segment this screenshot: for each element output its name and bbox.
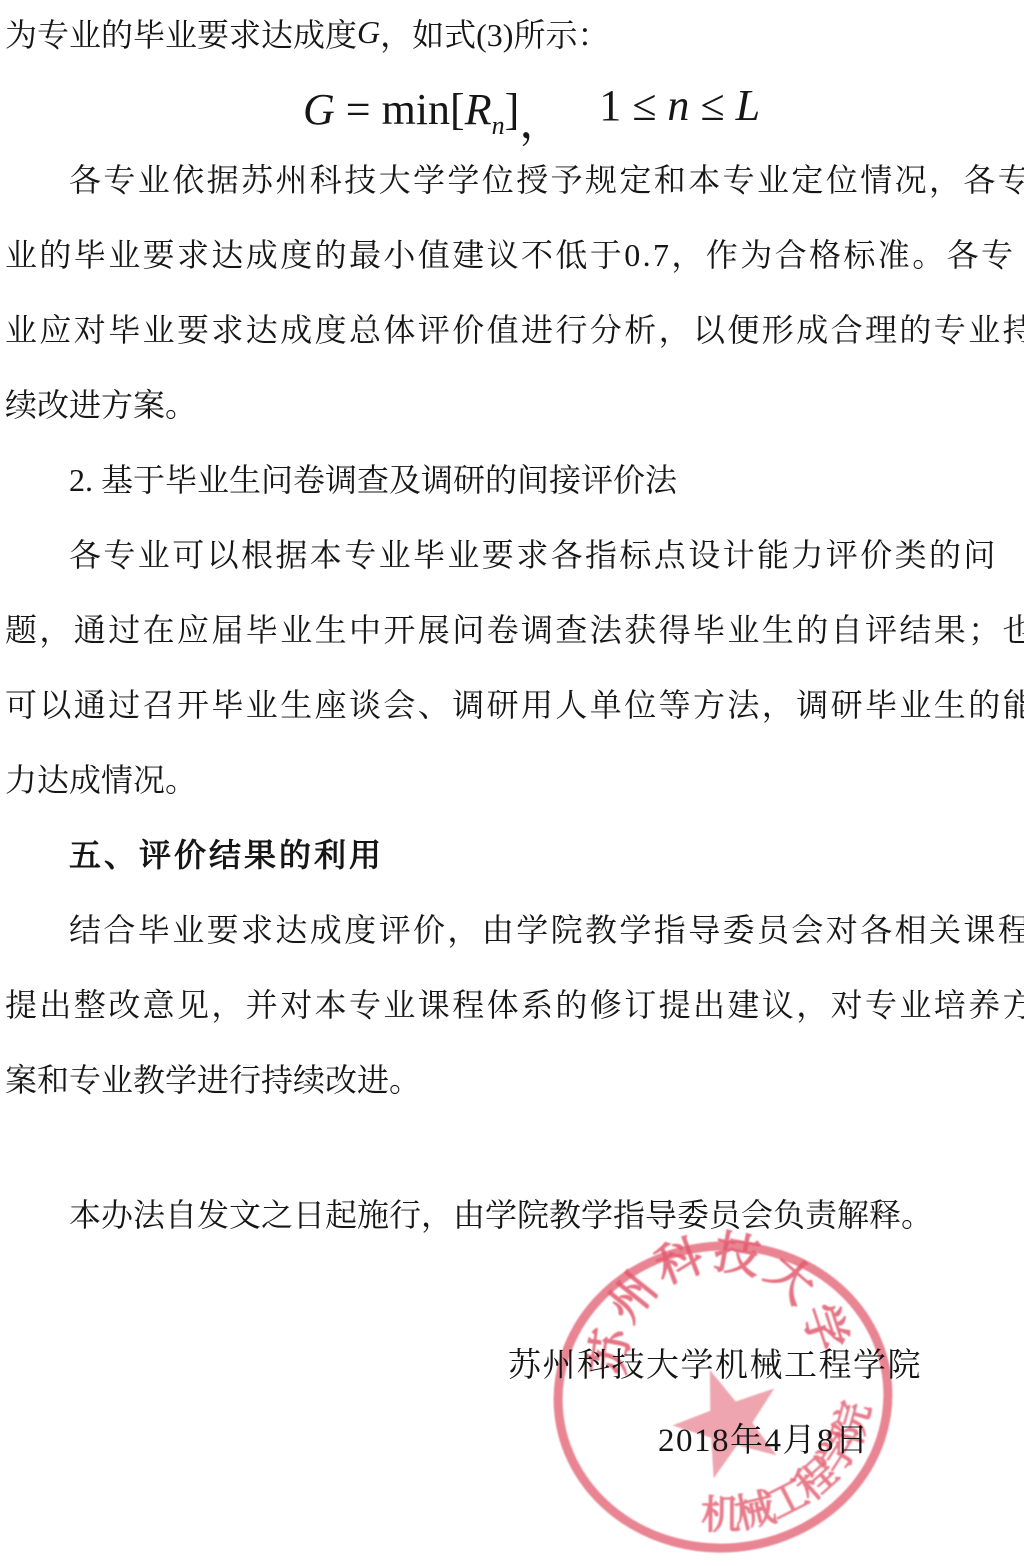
- text-line: 题，通过在应届毕业生中开展问卷调查法获得毕业生的自评结果；也: [5, 590, 1019, 665]
- text-line: 结合毕业要求达成度评价，由学院教学指导委员会对各相关课程: [5, 890, 1019, 965]
- text-line: 提出整改意见，并对本专业课程体系的修订提出建议，对专业培养方: [5, 965, 1019, 1040]
- text-line: 力达成情况。: [5, 740, 1019, 815]
- formula-comma: ，: [519, 86, 563, 150]
- line-text: ，如式(3)所示：: [380, 10, 609, 56]
- formula-main: G = min[Rn]，: [303, 73, 563, 137]
- math-variable: n: [667, 81, 689, 130]
- math-variable: L: [736, 81, 760, 130]
- text-line: 业的毕业要求达成度的最小值建议不低于0.7，作为合格标准。各专: [5, 215, 1019, 290]
- math-variable: R: [465, 85, 492, 134]
- date-line: 2018年4月8日: [5, 1400, 1019, 1475]
- line-text: 为专业的毕业要求达成度: [5, 10, 357, 56]
- text-line: 为专业的毕业要求达成度G，如式(3)所示：: [5, 0, 1019, 70]
- formula: G = min[Rn]，1 ≤ n ≤ L: [5, 70, 1019, 140]
- document-text-column: 为专业的毕业要求达成度G，如式(3)所示： G = min[Rn]，1 ≤ n …: [0, 0, 1024, 1475]
- formula-text: ≤: [689, 81, 735, 130]
- text-line: 业应对毕业要求达成度总体评价值进行分析，以便形成合理的专业持: [5, 290, 1019, 365]
- list-item-heading: 2. 基于毕业生问卷调查及调研的间接评价法: [5, 440, 1019, 515]
- math-variable: G: [303, 85, 335, 134]
- vertical-spacer: [5, 1115, 1019, 1175]
- section-heading: 五、评价结果的利用: [5, 815, 1019, 890]
- document-page: 苏州科技大学 机械工程学院 为专业的毕业要求达成度G，如式(3)所示： G = …: [0, 0, 1024, 1566]
- formula-condition: 1 ≤ n ≤ L: [599, 80, 760, 131]
- text-line: 各专业依据苏州科技大学学位授予规定和本专业定位情况，各专: [5, 140, 1019, 215]
- text-line: 各专业可以根据本专业毕业要求各指标点设计能力评价类的问: [5, 515, 1019, 590]
- math-variable: G: [357, 14, 380, 51]
- formula-text: = min[: [335, 85, 465, 134]
- vertical-spacer: [5, 1250, 1019, 1325]
- text-line: 案和专业教学进行持续改进。: [5, 1040, 1019, 1115]
- text-line: 可以通过召开毕业生座谈会、调研用人单位等方法，调研毕业生的能: [5, 665, 1019, 740]
- closing-line: 本办法自发文之日起施行，由学院教学指导委员会负责解释。: [5, 1175, 1019, 1250]
- formula-text: 1 ≤: [599, 81, 667, 130]
- text-line: 续改进方案。: [5, 365, 1019, 440]
- math-subscript: n: [492, 111, 505, 140]
- signature-line: 苏州科技大学机械工程学院: [5, 1325, 1019, 1400]
- formula-text: ]: [505, 85, 520, 134]
